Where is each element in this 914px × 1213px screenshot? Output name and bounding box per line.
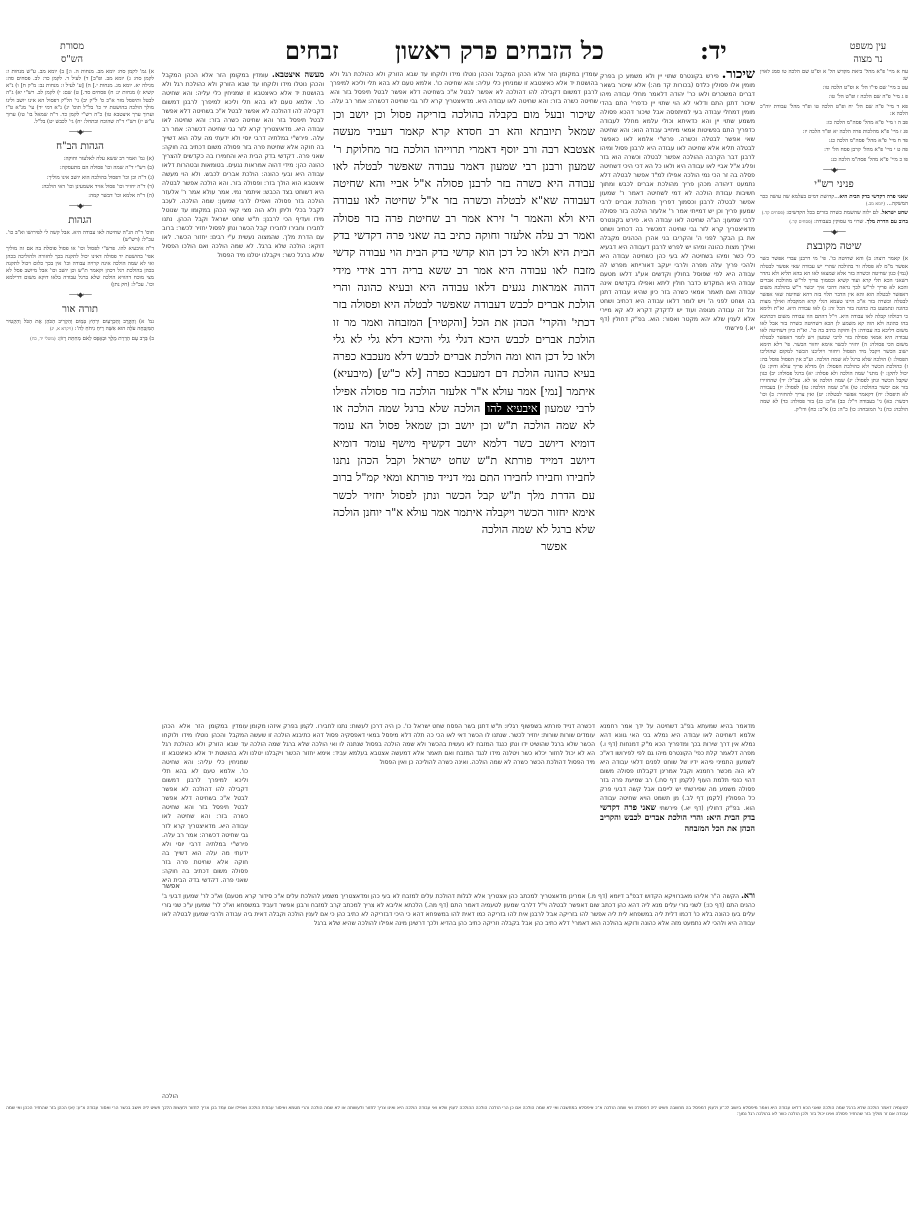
hagahot-habach-item: (א) גמ' ואמר רב ששא עלה לאלעזר וחוקה: [6,156,154,163]
hagahot-habach-item: (ה) ד"ה אלמא וכו' דבשר קמה: [6,193,154,200]
torah-or-title: תורה אור [6,303,154,317]
footer-text: לטעמיה דאמר הולכה שלא ברגל שמה הולכה שאנ… [6,1106,908,1117]
shita-mekubetzet-text: א) קאמר רוצה: ב) והא שחיטה בו'. פי' מי ד… [760,256,908,413]
bottom-closing-word: הולכה [162,1093,178,1100]
pnei-rashi-lead: ברוב עם הדרת מלך [867,219,908,225]
chapter-name: כל הזבחים [505,36,604,66]
hagahot-habach-title: הגהות הב"ח [6,140,154,154]
ein-mishpat-header: עין משפט נר מצוה [838,40,898,66]
hagahot-item: תוס' ד"ה הג"ה שחיטה לאו עבודה היא. אבל ק… [6,230,154,244]
bottom-lead-word: ורא. [741,890,755,900]
tosafot-lower-text: דכשרה דנייד פורתא בשפשוף רגליו: ת"ש דתנן… [250,723,595,766]
ein-mishpat-item: עח א מיי' פ"א מהל' ביאת מקדש הל' א ופ"ט … [760,69,908,83]
chapter-number: פרק ראשון [395,36,498,66]
bottom-commentary: אפשר ורא. הקשה ה"ר אליהו מאברוויקא הקדוש… [162,882,755,1092]
ein-mishpat-item: פד ח מיי' פ"א מהל' פסה"מ הלכה כג: [760,138,908,145]
ornament-divider: ⟵◆⟶ [760,228,908,237]
tosafot-commentary: מעשה איצטבא. עומדין במקומן הזר אלא הכהן … [162,70,324,720]
commentary-top-strip: עומדין במקומן הזר אלא הכהן המקבל והכהן נ… [330,70,598,106]
gemara-highlighted-phrase[interactable]: איבעיא להו [485,402,539,415]
masoret-title-1: מסורת [42,40,102,53]
rashi-lower: מדאמר בהיא שמעתא בפ"ב דשחיטה על ידך אמר … [600,722,755,882]
ein-mishpat-item: פב ה ו מיי' פ"א מהל' פסה"מ הלכה כז: [760,120,908,127]
tosafot-lower-left-strip: עומדין במקומן הזר אלא הכהן המקבל והכהן נ… [162,722,248,882]
ein-mishpat-item: פו כ מיי' פ"א מהל' פסה"מ הלכה כג: [760,157,908,164]
footer-notes: לטעמיה דאמר הולכה שלא ברגל שמה הולכה שאנ… [6,1106,908,1136]
hagahot-habach-item: (ד) ד"ה יחזיר וכו' פסול אזיד אשמעינן וכו… [6,184,154,191]
hagahot-habach-item: (ג) ד"ה וכן וכו' דפסול בהולכה הוא יושב א… [6,175,154,182]
left-margin: א) גמ' לקמן סח: יומא מב. מנחות ה. ו:] ב)… [6,69,154,1104]
ornament-divider: ⟵◆⟶ [6,291,154,300]
gemara-continued-text: הולכה שלא ברגל שמה הולכה או לא שמה הולכה… [333,402,595,536]
ornament-divider: ⟵◆⟶ [6,202,154,211]
ein-mishpat-title-1: עין משפט [838,40,898,53]
ein-mishpat-item: פג ז מיי' פ"א מהלכות פרה הלכה יא ופ"ד הל… [760,129,908,136]
pnei-rashi-item: ברוב עם הדרת מלך. שרוי מי עסוקין בעבודה:… [760,219,908,226]
masoret-hashas-header: מסורת הש"ס [42,40,102,66]
masoret-hashas-text: א) גמ' לקמן סח: יומא מב. מנחות ה. ו:] ב)… [6,69,154,126]
pnei-rashi-lead: שאני פרה דקדשי בדק הבית היא [839,194,908,200]
rashi-text: פירש בקונטרס שתוי יין ולא משמע כן בפרק מ… [600,73,755,332]
hagahot-habach-item: (ב) רש"י ד"ה שמה וכו' פסולה הם מתעסקה: [6,165,154,172]
shita-mekubetzet-title: שיטה מקובצת [760,240,908,254]
tosafot-lower: דכשרה דנייד פורתא בשפשוף רגליו: ת"ש דתנן… [250,722,595,834]
right-margin: עח א מיי' פ"א מהל' ביאת מקדש הל' א ופ"ט … [760,69,908,1104]
bottom-commentary-text: הקשה ה"ר אליהו מאברוויקא הקדוש דבפ"ב דיו… [162,893,755,927]
tractate-name: זבחים [285,36,339,66]
ein-mishpat-list: עח א מיי' פ"א מהל' ביאת מקדש הל' א ופ"ט … [760,69,908,164]
ornament-divider: ⟵◆⟶ [760,166,908,175]
ein-mishpat-item: עט ב מיי' שם פי"ו הל' א ופ"ט הלכה טו: [760,85,908,92]
torah-or-item: גמ' א) וְהַקֶּרֶב וְהַכְּרָעַיִם יִרְחַץ… [6,319,154,333]
hagahot-item: ד"ה איבעיא להו. פרש"י לפסול וכו' או פסול… [6,246,154,289]
pnei-rashi-item: שאני פרה דקדשי בדק הבית היא...קדושת דמים… [760,194,908,208]
pnei-rashi-item: שחט ישראל. לם ילוה שהשמת כשרה בזרים בכל … [760,210,908,217]
ein-mishpat-item: פ ג מיי' פ"ה שם הלכה ז ופ"ט הל' טו: [760,94,908,101]
gemara-main-text: שיכור ובעל מום בקבלה בהולכה בזריקה פסול … [333,108,595,415]
ein-mishpat-item: פא ד מיי' פ"ה שם הל' יח ופ"ט הלכה טו ופ"… [760,104,908,118]
gemara-text: שיכור ובעל מום בקבלה בהולכה בזריקה פסול … [333,106,595,716]
rashi-lower-lead: שאני [641,802,657,812]
rashi-lead-word: שיכור. [722,70,755,82]
tosafot-text: עומדין במקומן הזר אלא הכהן המקבל והכהן נ… [162,72,324,259]
ein-mishpat-item: פה ט י מיי' פ"א מהל' קרבן פסח הל' יד: [760,147,908,154]
bottom-closing: הולכה [162,1092,755,1106]
ein-mishpat-title-2: נר מצוה [838,53,898,66]
pnei-rashi-title: פניני רש"י [760,178,908,192]
folio-number: יד: [700,36,727,66]
tosafot-lead-word: מעשה איצטבא. [272,70,324,79]
page-header: עין משפט נר מצוה יד: כל הזבחים פרק ראשון… [0,0,914,60]
torah-or-item: ב) בְּרָב עָם הַדְרַת מֶלֶךְ וּבְאֶפֶס ל… [6,336,154,343]
masoret-title-2: הש"ס [42,53,102,66]
pnei-rashi-lead: שחט ישראל [882,210,908,216]
hagahot-title: הגהות [6,214,154,228]
gemara-catchword: אפשר [333,538,595,555]
ornament-divider: ⟵◆⟶ [6,128,154,137]
bottom-catchword: אפשר [162,882,755,891]
